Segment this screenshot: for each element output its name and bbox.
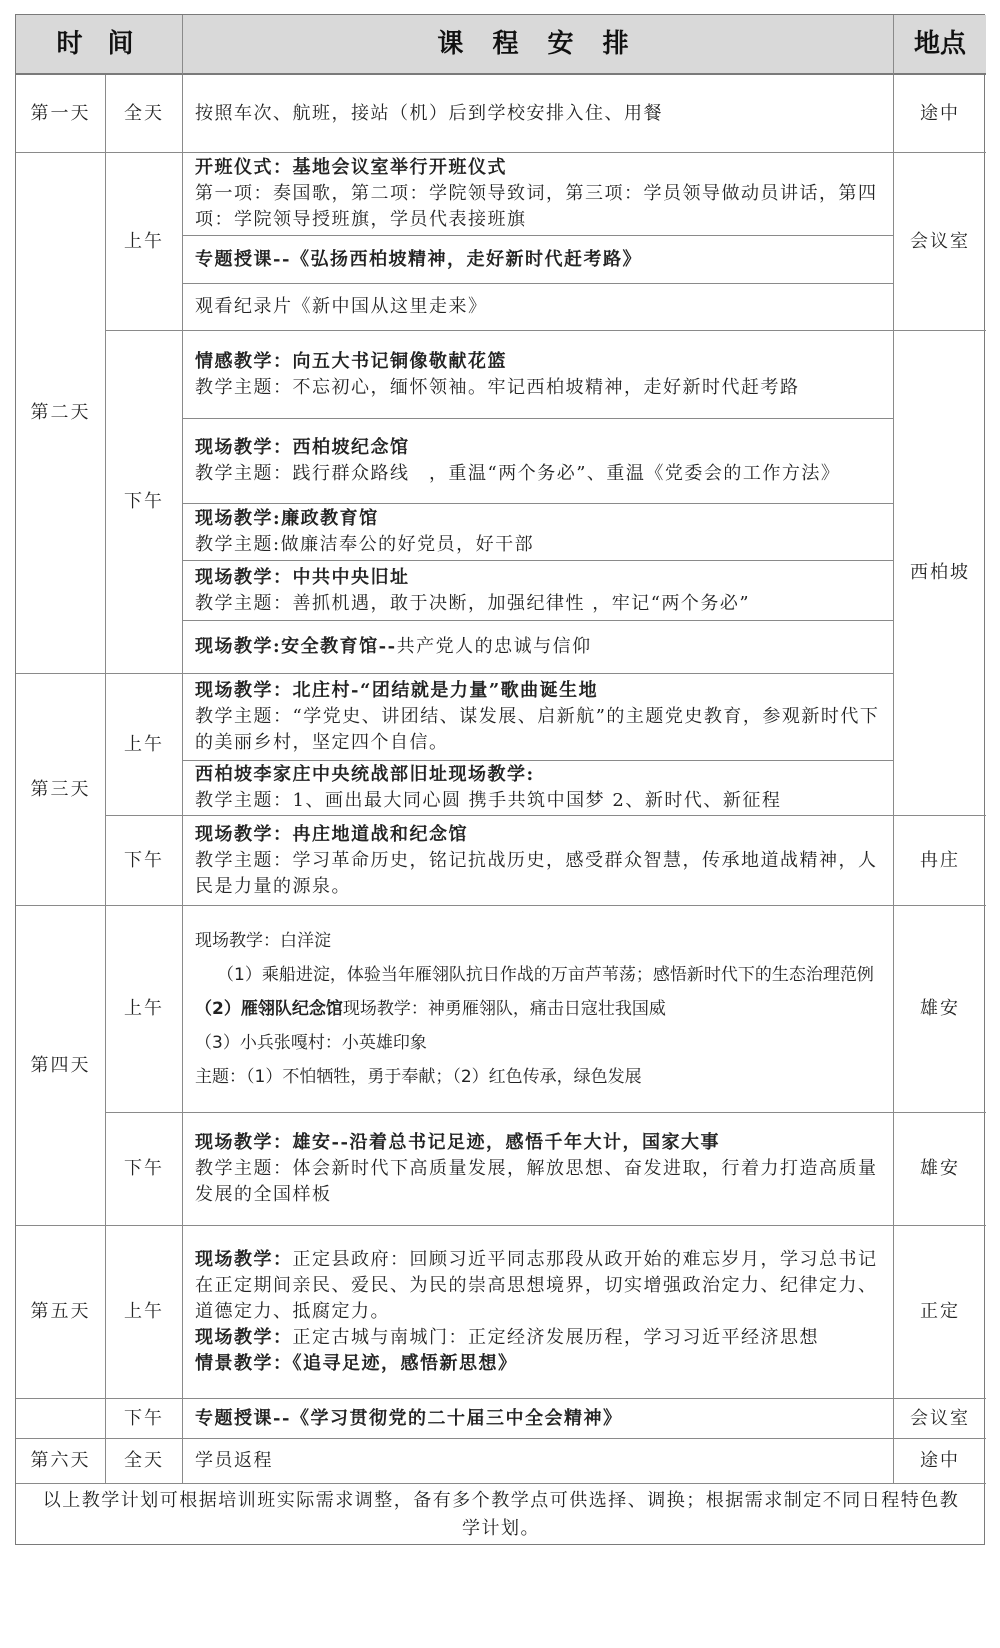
item-title: 情感教学：向五大书记铜像敬献花篮 <box>195 349 885 375</box>
day-4-am-period: 上午 <box>106 906 183 1113</box>
yanlingdui-title: （2）雁翎队纪念馆 <box>195 999 343 1019</box>
day-2-pm-item-3: 现场教学:廉政教育馆 教学主题:做廉洁奉公的好党员，好干部 <box>183 504 894 561</box>
item-title: 现场教学：中共中央旧址 <box>195 565 885 591</box>
day-3-am-item-1: 现场教学：北庄村-“团结就是力量”歌曲诞生地 教学主题：“学党史、讲团结、谋发展… <box>183 674 894 761</box>
day-2-am-item-2: 专题授课--《弘扬西柏坡精神，走好新时代赶考路》 <box>183 236 894 284</box>
day-2-pm-period: 下午 <box>106 331 183 674</box>
day-6-label: 第六天 <box>16 1439 106 1484</box>
day-5-am-location: 正定 <box>894 1226 986 1399</box>
day-4-pm-location: 雄安 <box>894 1113 986 1226</box>
item-title: 现场教学:廉政教育馆 <box>195 506 885 532</box>
footer-note: 以上教学计划可根据培训班实际需求调整，备有多个教学点可供选择、调换；根据需求制定… <box>16 1484 986 1546</box>
day-5-am-period: 上午 <box>106 1226 183 1399</box>
xibaipo-location: 西柏坡 <box>894 331 986 816</box>
day-4-pm-item: 现场教学：雄安--沿着总书记足迹，感悟千年大计，国家大事 教学主题：体会新时代下… <box>183 1113 894 1226</box>
item-body: 教学主题：体会新时代下高质量发展，解放思想、奋发进取，行着力打造高质量发展的全国… <box>195 1156 885 1208</box>
item-title: 现场教学：北庄村-“团结就是力量”歌曲诞生地 <box>195 678 885 704</box>
item-body: 第一项：奏国歌，第二项：学院领导致词，第三项：学员领导做动员讲话，第四项：学院领… <box>195 181 885 233</box>
day-2-am-location: 会议室 <box>894 153 986 331</box>
item-body: 教学主题：善抓机遇，敢于决断，加强纪律性 ，牢记“两个务必” <box>195 591 885 617</box>
day-1-content: 按照车次、航班，接站（机）后到学校安排入住、用餐 <box>183 75 894 153</box>
day-2-pm-item-1: 情感教学：向五大书记铜像敬献花篮 教学主题：不忘初心，缅怀领袖。牢记西柏坡精神，… <box>183 331 894 419</box>
item-body: 教学主题：1、画出最大同心圆 携手共筑中国梦 2、新时代、新征程 <box>195 788 885 814</box>
baiyangdian-title: 现场教学：白洋淀 <box>195 924 885 958</box>
day-3-am-item-2: 西柏坡李家庄中央统战部旧址现场教学: 教学主题：1、画出最大同心圆 携手共筑中国… <box>183 761 894 816</box>
day-5-pm-empty-day <box>16 1399 106 1439</box>
item-title: 开班仪式：基地会议室举行开班仪式 <box>195 155 885 181</box>
day-6-period: 全天 <box>106 1439 183 1484</box>
content-text: 按照车次、航班，接站（机）后到学校安排入住、用餐 <box>195 101 885 127</box>
day-2-pm-item-5: 现场教学:安全教育馆--共产党人的忠诚与信仰 <box>183 621 894 674</box>
schedule-table: 时 间 课 程 安 排 地点 第一天 全天 按照车次、航班，接站（机）后到学校安… <box>15 14 985 1545</box>
day-5-pm-period: 下午 <box>106 1399 183 1439</box>
content-text: 专题授课--《学习贯彻党的二十届三中全会精神》 <box>195 1406 885 1432</box>
item-title: 西柏坡李家庄中央统战部旧址现场教学: <box>195 762 885 788</box>
day-3-pm-location: 冉庄 <box>894 816 986 906</box>
item-title: 现场教学：西柏坡纪念馆 <box>195 435 885 461</box>
item-title: 现场教学：冉庄地道战和纪念馆 <box>195 822 885 848</box>
day-2-am-item-1: 开班仪式：基地会议室举行开班仪式 第一项：奏国歌，第二项：学院领导致词，第三项：… <box>183 153 894 236</box>
day-2-label: 第二天 <box>16 153 106 674</box>
header-time: 时 间 <box>16 15 183 75</box>
day-4-label: 第四天 <box>16 906 106 1226</box>
item-body: 观看纪录片《新中国从这里走来》 <box>195 294 885 320</box>
item-body: 教学主题：学习革命历史，铭记抗战历史，感受群众智慧，传承地道战精神，人民是力量的… <box>195 848 885 900</box>
day-2-pm-item-4: 现场教学：中共中央旧址 教学主题：善抓机遇，敢于决断，加强纪律性 ，牢记“两个务… <box>183 561 894 621</box>
day-5-pm-location: 会议室 <box>894 1399 986 1439</box>
day-1-location: 途中 <box>894 75 986 153</box>
day-2-am-period: 上午 <box>106 153 183 331</box>
item-text: 正定古城与南城门：正定经济发展历程，学习习近平经济思想 <box>293 1327 820 1348</box>
baiyangdian-item-1: （1）乘船进淀，体验当年雁翎队抗日作战的万亩芦苇荡；感悟新时代下的生态治理范例 <box>195 958 885 992</box>
day-4-pm-period: 下午 <box>106 1113 183 1226</box>
item-body: 教学主题：践行群众路线 ，重温“两个务必”、重温《党委会的工作方法》 <box>195 461 885 487</box>
theme-line: 主题：（1）不怕牺牲，勇于奉献；（2）红色传承，绿色发展 <box>195 1060 885 1094</box>
day-3-label: 第三天 <box>16 674 106 906</box>
day-6-location: 途中 <box>894 1439 986 1484</box>
day-5-am-content: 现场教学：正定县政府：回顾习近平同志那段从政开始的难忘岁月，学习总书记在正定期间… <box>183 1226 894 1399</box>
item-title: 现场教学:安全教育馆-- <box>195 636 397 657</box>
day-2-pm-item-2: 现场教学：西柏坡纪念馆 教学主题：践行群众路线 ，重温“两个务必”、重温《党委会… <box>183 419 894 504</box>
item-title-rest: 共产党人的忠诚与信仰 <box>397 636 592 657</box>
day-5-pm-content: 专题授课--《学习贯彻党的二十届三中全会精神》 <box>183 1399 894 1439</box>
content-text: 学员返程 <box>195 1448 885 1474</box>
day-4-am-content: 现场教学：白洋淀 （1）乘船进淀，体验当年雁翎队抗日作战的万亩芦苇荡；感悟新时代… <box>183 906 894 1113</box>
item-text: 《追寻足迹，感悟新思想》 <box>293 1353 518 1374</box>
day-2-am-item-3: 观看纪录片《新中国从这里走来》 <box>183 284 894 331</box>
day-5-label: 第五天 <box>16 1226 106 1399</box>
day-1-label: 第一天 <box>16 75 106 153</box>
xiaobing-item: （3）小兵张嘎村：小英雄印象 <box>195 1026 885 1060</box>
yanlingdui-body: 现场教学：神勇雁翎队，痛击日寇壮我国威 <box>343 999 666 1019</box>
header-schedule: 课 程 安 排 <box>183 15 894 75</box>
item-body: 教学主题：“学党史、讲团结、谋发展、启新航”的主题党史教育，参观新时代下的美丽乡… <box>195 704 885 756</box>
item-title: 专题授课--《弘扬西柏坡精神，走好新时代赶考路》 <box>195 247 885 273</box>
item-label: 现场教学： <box>195 1249 293 1270</box>
day-3-am-period: 上午 <box>106 674 183 816</box>
item-text: 正定县政府：回顾习近平同志那段从政开始的难忘岁月，学习总书记在正定期间亲民、爱民… <box>195 1249 878 1322</box>
day-3-pm-item: 现场教学：冉庄地道战和纪念馆 教学主题：学习革命历史，铭记抗战历史，感受群众智慧… <box>183 816 894 906</box>
day-1-period: 全天 <box>106 75 183 153</box>
day-4-am-location: 雄安 <box>894 906 986 1113</box>
item-body: 教学主题：不忘初心，缅怀领袖。牢记西柏坡精神，走好新时代赶考路 <box>195 375 885 401</box>
item-body: 教学主题:做廉洁奉公的好党员，好干部 <box>195 532 885 558</box>
item-title: 现场教学：雄安--沿着总书记足迹，感悟千年大计，国家大事 <box>195 1130 885 1156</box>
day-6-content: 学员返程 <box>183 1439 894 1484</box>
item-label: 现场教学： <box>195 1327 293 1348</box>
day-3-pm-period: 下午 <box>106 816 183 906</box>
header-location: 地点 <box>894 15 986 75</box>
item-label: 情景教学： <box>195 1353 293 1374</box>
